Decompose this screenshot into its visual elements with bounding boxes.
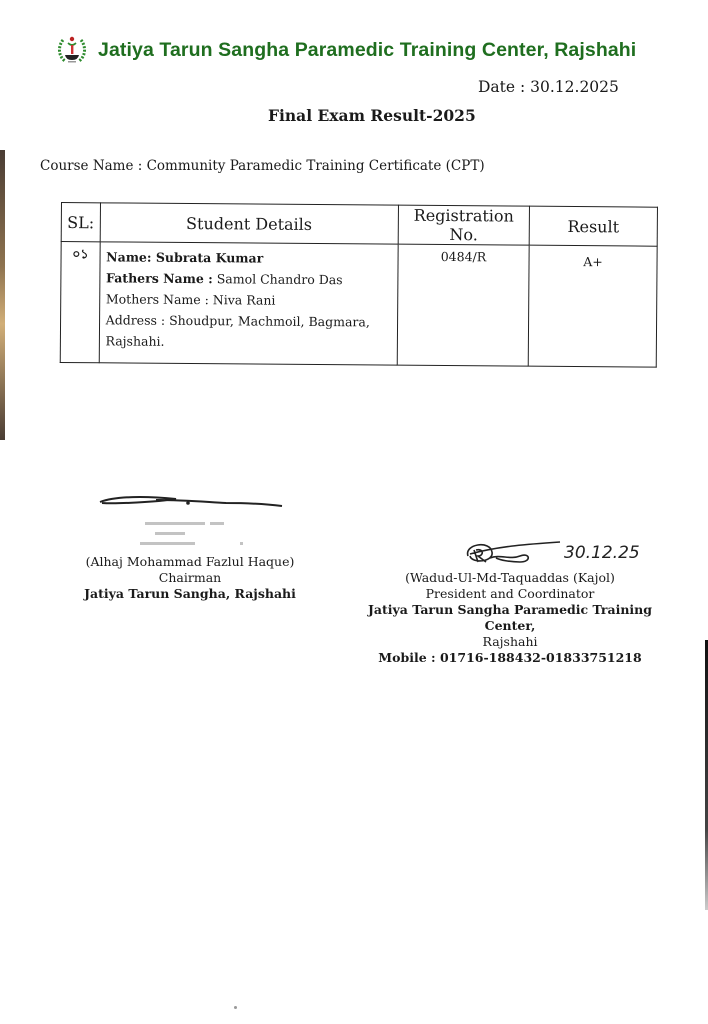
president-org-line-1: Jatiya Tarun Sangha Paramedic Training C…	[350, 602, 670, 634]
chairman-title: Chairman	[60, 570, 320, 586]
signatory-right: 30.12.25 (Wadud-Ul-Md-Taquaddas (Kajol) …	[350, 538, 670, 666]
president-title: President and Coordinator	[350, 586, 670, 602]
chairman-org: Jatiya Tarun Sangha, Rajshahi	[60, 586, 320, 602]
header-result: Result	[529, 206, 657, 246]
president-org-line-2: Rajshahi	[350, 634, 670, 650]
course-name: Course Name : Community Paramedic Traini…	[40, 158, 485, 174]
address-line-2: Rajshahi.	[105, 330, 390, 353]
signature-date: 30.12.25	[564, 543, 640, 563]
signature-chairman-icon	[96, 490, 286, 512]
header-registration-no: Registration No.	[398, 205, 529, 245]
scan-speck	[234, 1006, 237, 1009]
header-student-details: Student Details	[100, 203, 399, 244]
president-mobile: Mobile : 01716-188432-01833751218	[350, 650, 670, 666]
cell-sl: ০১	[60, 242, 100, 363]
cell-student-details: Name: Subrata Kumar Fathers Name : Samol…	[99, 242, 398, 365]
org-title: Jatiya Tarun Sangha Paramedic Training C…	[98, 39, 636, 62]
president-name: (Wadud-Ul-Md-Taquaddas (Kajol)	[350, 570, 670, 586]
cell-result: A+	[528, 245, 657, 367]
student-name: Name: Subrata Kumar	[106, 246, 391, 269]
document-title: Final Exam Result-2025	[268, 106, 476, 125]
cell-registration-no: 0484/R	[397, 244, 529, 366]
letterhead: Jatiya Tarun Sangha Paramedic Training C…	[56, 34, 636, 66]
table-header-row: SL: Student Details Registration No. Res…	[61, 203, 657, 247]
father-name: Fathers Name : Samol Chandro Das	[106, 267, 391, 290]
father-name-label: Fathers Name :	[106, 270, 213, 286]
header-sl: SL:	[61, 203, 100, 242]
signatory-left: (Alhaj Mohammad Fazlul Haque) Chairman J…	[60, 490, 320, 602]
issue-date: Date : 30.12.2025	[478, 78, 619, 96]
father-name-value: Samol Chandro Das	[213, 271, 343, 287]
result-table: SL: Student Details Registration No. Res…	[60, 202, 658, 368]
signature-president-icon: 30.12.25	[460, 538, 640, 568]
address-line-1: Address : Shoudpur, Machmoil, Bagmara,	[106, 309, 391, 332]
mother-name: Mothers Name : Niva Rani	[106, 288, 391, 311]
chairman-name: (Alhaj Mohammad Fazlul Haque)	[60, 554, 320, 570]
faint-stamp-mark	[60, 518, 320, 552]
scan-edge-shadow-left	[0, 150, 5, 440]
table-row: ০১ Name: Subrata Kumar Fathers Name : Sa…	[60, 242, 657, 368]
org-emblem-icon	[56, 34, 88, 66]
